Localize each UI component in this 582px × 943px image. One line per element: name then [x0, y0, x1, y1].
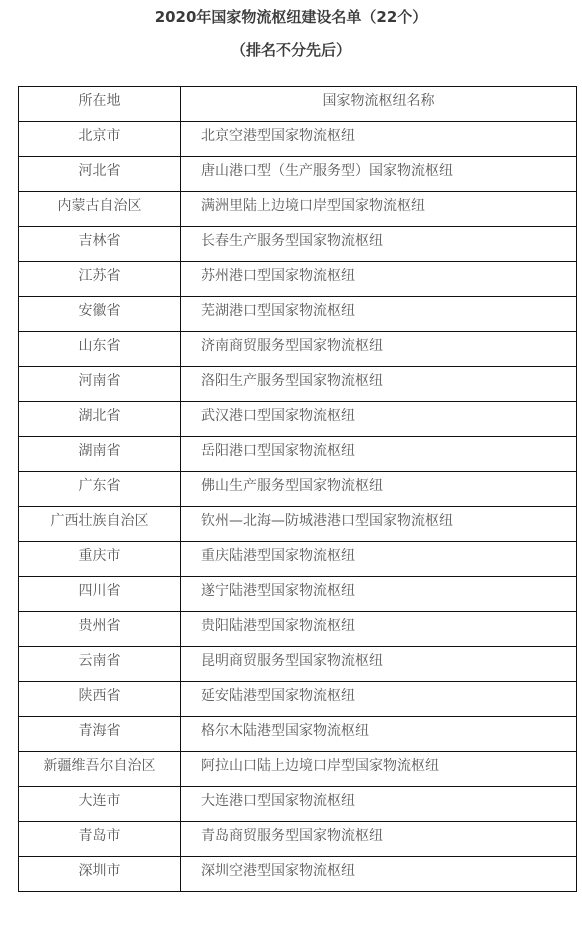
- table-row: 贵州省贵阳陆港型国家物流枢纽: [19, 612, 577, 647]
- hub-name-text: 昆明商贸服务型国家物流枢纽: [181, 647, 576, 671]
- table-row: 河北省唐山港口型（生产服务型）国家物流枢纽: [19, 157, 577, 192]
- hub-name-text: 岳阳港口型国家物流枢纽: [181, 437, 576, 461]
- location-cell: 青海省: [19, 717, 181, 752]
- hub-name-cell: 佛山生产服务型国家物流枢纽: [181, 472, 577, 507]
- hub-name-text: 贵阳陆港型国家物流枢纽: [181, 612, 576, 636]
- hub-name-cell: 洛阳生产服务型国家物流枢纽: [181, 367, 577, 402]
- hub-name-cell: 阿拉山口陆上边境口岸型国家物流枢纽: [181, 752, 577, 787]
- hub-name-text: 济南商贸服务型国家物流枢纽: [181, 332, 576, 356]
- location-text: 江苏省: [19, 262, 180, 286]
- hub-name-cell: 格尔木陆港型国家物流枢纽: [181, 717, 577, 752]
- hub-name-cell: 长春生产服务型国家物流枢纽: [181, 227, 577, 262]
- hub-name-text: 芜湖港口型国家物流枢纽: [181, 297, 576, 321]
- table-row: 吉林省长春生产服务型国家物流枢纽: [19, 227, 577, 262]
- hub-name-cell: 济南商贸服务型国家物流枢纽: [181, 332, 577, 367]
- hub-name-text: 钦州—北海—防城港港口型国家物流枢纽: [181, 507, 576, 531]
- hub-name-cell: 北京空港型国家物流枢纽: [181, 122, 577, 157]
- location-cell: 四川省: [19, 577, 181, 612]
- location-text: 云南省: [19, 647, 180, 671]
- hub-name-text: 延安陆港型国家物流枢纽: [181, 682, 576, 706]
- hub-name-text: 佛山生产服务型国家物流枢纽: [181, 472, 576, 496]
- table-row: 青岛市青岛商贸服务型国家物流枢纽: [19, 822, 577, 857]
- location-text: 青岛市: [19, 822, 180, 846]
- hub-name-cell: 满洲里陆上边境口岸型国家物流枢纽: [181, 192, 577, 227]
- table-row: 深圳市深圳空港型国家物流枢纽: [19, 857, 577, 892]
- table-row: 内蒙古自治区满洲里陆上边境口岸型国家物流枢纽: [19, 192, 577, 227]
- table-row: 江苏省苏州港口型国家物流枢纽: [19, 262, 577, 297]
- location-cell: 河南省: [19, 367, 181, 402]
- hub-name-text: 格尔木陆港型国家物流枢纽: [181, 717, 576, 741]
- header-hub-name: 国家物流枢纽名称: [181, 87, 577, 122]
- location-text: 北京市: [19, 122, 180, 146]
- location-cell: 深圳市: [19, 857, 181, 892]
- hub-name-text: 阿拉山口陆上边境口岸型国家物流枢纽: [181, 752, 576, 776]
- location-cell: 北京市: [19, 122, 181, 157]
- hub-name-text: 北京空港型国家物流枢纽: [181, 122, 576, 146]
- table-row: 湖北省武汉港口型国家物流枢纽: [19, 402, 577, 437]
- document-subtitle: （排名不分先后）: [0, 40, 582, 60]
- hub-name-text: 青岛商贸服务型国家物流枢纽: [181, 822, 576, 846]
- location-text: 贵州省: [19, 612, 180, 636]
- hub-name-cell: 延安陆港型国家物流枢纽: [181, 682, 577, 717]
- hub-name-text: 重庆陆港型国家物流枢纽: [181, 542, 576, 566]
- table-row: 四川省遂宁陆港型国家物流枢纽: [19, 577, 577, 612]
- location-cell: 广东省: [19, 472, 181, 507]
- hub-name-cell: 遂宁陆港型国家物流枢纽: [181, 577, 577, 612]
- hub-name-cell: 芜湖港口型国家物流枢纽: [181, 297, 577, 332]
- location-cell: 吉林省: [19, 227, 181, 262]
- location-text: 安徽省: [19, 297, 180, 321]
- hub-name-cell: 贵阳陆港型国家物流枢纽: [181, 612, 577, 647]
- table-row: 河南省洛阳生产服务型国家物流枢纽: [19, 367, 577, 402]
- document-title: 2020年国家物流枢纽建设名单（22个）: [0, 7, 582, 27]
- table-row: 云南省昆明商贸服务型国家物流枢纽: [19, 647, 577, 682]
- table-header-row: 所在地 国家物流枢纽名称: [19, 87, 577, 122]
- hub-name-cell: 钦州—北海—防城港港口型国家物流枢纽: [181, 507, 577, 542]
- hub-name-cell: 大连港口型国家物流枢纽: [181, 787, 577, 822]
- location-cell: 安徽省: [19, 297, 181, 332]
- location-text: 重庆市: [19, 542, 180, 566]
- hub-name-text: 洛阳生产服务型国家物流枢纽: [181, 367, 576, 391]
- location-text: 四川省: [19, 577, 180, 601]
- location-text: 深圳市: [19, 857, 180, 881]
- location-cell: 河北省: [19, 157, 181, 192]
- location-cell: 内蒙古自治区: [19, 192, 181, 227]
- location-cell: 陕西省: [19, 682, 181, 717]
- location-cell: 贵州省: [19, 612, 181, 647]
- hub-name-cell: 武汉港口型国家物流枢纽: [181, 402, 577, 437]
- hub-name-cell: 岳阳港口型国家物流枢纽: [181, 437, 577, 472]
- table-row: 陕西省延安陆港型国家物流枢纽: [19, 682, 577, 717]
- table-row: 广西壮族自治区钦州—北海—防城港港口型国家物流枢纽: [19, 507, 577, 542]
- hub-name-text: 苏州港口型国家物流枢纽: [181, 262, 576, 286]
- location-cell: 云南省: [19, 647, 181, 682]
- hub-name-text: 大连港口型国家物流枢纽: [181, 787, 576, 811]
- location-cell: 新疆维吾尔自治区: [19, 752, 181, 787]
- location-cell: 广西壮族自治区: [19, 507, 181, 542]
- hub-name-text: 深圳空港型国家物流枢纽: [181, 857, 576, 881]
- header-location: 所在地: [19, 87, 181, 122]
- table-row: 新疆维吾尔自治区阿拉山口陆上边境口岸型国家物流枢纽: [19, 752, 577, 787]
- hub-name-cell: 苏州港口型国家物流枢纽: [181, 262, 577, 297]
- hub-name-cell: 青岛商贸服务型国家物流枢纽: [181, 822, 577, 857]
- location-cell: 大连市: [19, 787, 181, 822]
- table-row: 大连市大连港口型国家物流枢纽: [19, 787, 577, 822]
- table-row: 安徽省芜湖港口型国家物流枢纽: [19, 297, 577, 332]
- table-row: 重庆市重庆陆港型国家物流枢纽: [19, 542, 577, 577]
- table-row: 青海省格尔木陆港型国家物流枢纽: [19, 717, 577, 752]
- hub-name-text: 唐山港口型（生产服务型）国家物流枢纽: [181, 157, 576, 181]
- location-text: 湖南省: [19, 437, 180, 461]
- hub-name-text: 长春生产服务型国家物流枢纽: [181, 227, 576, 251]
- table-row: 广东省佛山生产服务型国家物流枢纽: [19, 472, 577, 507]
- table-row: 山东省济南商贸服务型国家物流枢纽: [19, 332, 577, 367]
- logistics-hub-table: 所在地 国家物流枢纽名称 北京市北京空港型国家物流枢纽河北省唐山港口型（生产服务…: [18, 86, 577, 892]
- location-text: 山东省: [19, 332, 180, 356]
- hub-name-cell: 昆明商贸服务型国家物流枢纽: [181, 647, 577, 682]
- hub-name-cell: 重庆陆港型国家物流枢纽: [181, 542, 577, 577]
- location-cell: 湖北省: [19, 402, 181, 437]
- location-cell: 山东省: [19, 332, 181, 367]
- location-text: 广东省: [19, 472, 180, 496]
- location-text: 青海省: [19, 717, 180, 741]
- location-text: 大连市: [19, 787, 180, 811]
- location-text: 内蒙古自治区: [19, 192, 180, 216]
- hub-name-cell: 深圳空港型国家物流枢纽: [181, 857, 577, 892]
- table-row: 北京市北京空港型国家物流枢纽: [19, 122, 577, 157]
- location-text: 河北省: [19, 157, 180, 181]
- location-text: 吉林省: [19, 227, 180, 251]
- location-text: 广西壮族自治区: [19, 507, 180, 531]
- location-cell: 江苏省: [19, 262, 181, 297]
- hub-name-text: 满洲里陆上边境口岸型国家物流枢纽: [181, 192, 576, 216]
- location-text: 河南省: [19, 367, 180, 391]
- location-cell: 湖南省: [19, 437, 181, 472]
- location-cell: 青岛市: [19, 822, 181, 857]
- location-cell: 重庆市: [19, 542, 181, 577]
- hub-name-text: 武汉港口型国家物流枢纽: [181, 402, 576, 426]
- location-text: 新疆维吾尔自治区: [19, 752, 180, 776]
- table-row: 湖南省岳阳港口型国家物流枢纽: [19, 437, 577, 472]
- location-text: 湖北省: [19, 402, 180, 426]
- hub-name-text: 遂宁陆港型国家物流枢纽: [181, 577, 576, 601]
- hub-name-cell: 唐山港口型（生产服务型）国家物流枢纽: [181, 157, 577, 192]
- location-text: 陕西省: [19, 682, 180, 706]
